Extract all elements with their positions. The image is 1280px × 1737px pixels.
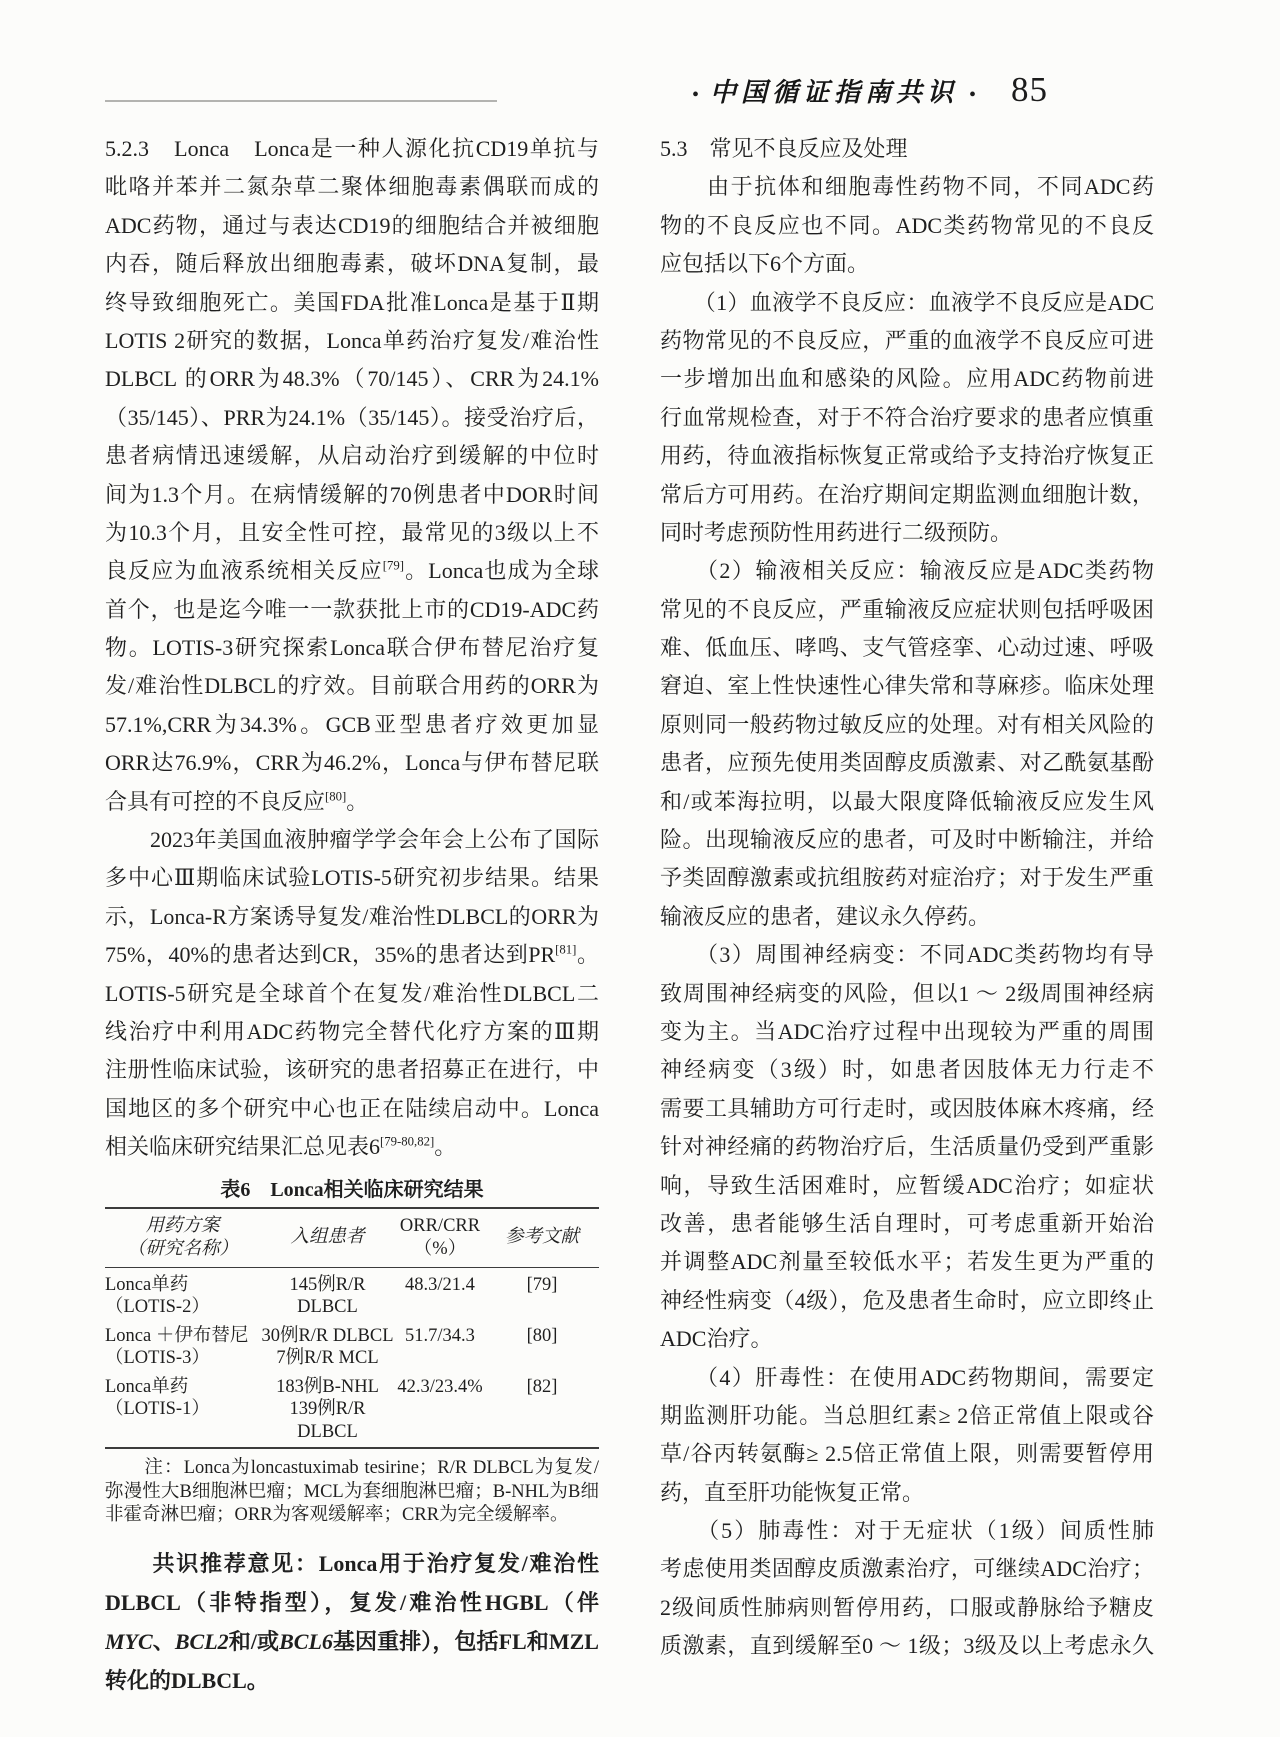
text-line: 吡咯并苯并二氮杂草二聚体细胞毒素偶联而成的 (105, 168, 599, 206)
text-line: （1）血液学不良反应：血液学不良反应是ADC (660, 284, 1154, 322)
text-line: 同时考虑预防性用药进行二级预防。 (660, 514, 1154, 552)
text-line: 为10.3个月，且安全性可控，最常见的3级以上不 (105, 514, 599, 552)
table-note: 注：Lonca为loncastuximab tesirine；R/R DLBCL… (105, 1457, 599, 1528)
text-line: 予类固醇激素或抗组胺药对症治疗；对于发生严重 (660, 859, 1154, 897)
page-header: • 中国循证指南共识 • 85 (640, 70, 1048, 116)
text-line: 物。LOTIS-3研究探索Lonca联合伊布替尼治疗复 (105, 629, 599, 667)
text-line: 神经性病变（4级），危及患者生命时，应立即终止 (660, 1282, 1154, 1320)
table-cell: 145例R/R DLBCL (260, 1274, 395, 1319)
text-line: 线治疗中利用ADC药物完全替代化疗方案的Ⅲ期 (105, 1013, 599, 1051)
text-line: ORR达76.9%，CRR为46.2%，Lonca与伊布替尼联 (105, 744, 599, 782)
text-line: 用药，待血液指标恢复正常或给予支持治疗恢复正 (660, 437, 1154, 475)
page: • 中国循证指南共识 • 85 5.2.3 Lonca Lonca是一种人源化抗… (0, 0, 1280, 1737)
consensus-recommendation: 共识推荐意见：Lonca用于治疗复发/难治性DLBCL（非特指型），复发/难治性… (105, 1544, 599, 1700)
text-line: 合具有可控的不良反应[80]。 (105, 783, 599, 821)
page-number: 85 (1011, 70, 1048, 110)
table-row: Lonca ＋伊布替尼 （LOTIS-3） 30例R/R DLBCL 7例R/R… (105, 1319, 599, 1370)
table-body: Lonca单药 （LOTIS-2） 145例R/R DLBCL 48.3/21.… (105, 1268, 599, 1450)
table-header-cell: 参考文献 (485, 1226, 599, 1249)
text-line: 原则同一般药物过敏反应的处理。对有相关风险的 (660, 706, 1154, 744)
text-line: 药物常见的不良反应，严重的血液学不良反应可进 (660, 322, 1154, 360)
table-header-cell: 入组患者 (260, 1226, 395, 1249)
table-row: Lonca单药 （LOTIS-2） 145例R/R DLBCL 48.3/21.… (105, 1268, 599, 1319)
text-line: （5）肺毒性：对于无症状（1级）间质性肺病， (660, 1512, 1154, 1550)
text-line: 常见的不良反应，严重输液反应症状则包括呼吸困 (660, 591, 1154, 629)
text-line: 物的不良反应也不同。ADC类药物常见的不良反 (660, 207, 1154, 245)
text-line: 终导致细胞死亡。美国FDA批准Lonca是基于Ⅱ期 (105, 284, 599, 322)
text-line: 内吞，随后释放出细胞毒素，破坏DNA复制，最 (105, 245, 599, 283)
text-line: DLBCL 的ORR为48.3%（70/145）、CRR为24.1% (105, 360, 599, 398)
text-line: 共识推荐意见：Lonca用于治疗复发/难治性 (105, 1544, 599, 1583)
text-line: 针对神经痛的药物治疗后，生活质量仍受到严重影 (660, 1128, 1154, 1166)
text-line: 难、低血压、哮鸣、支气管痉挛、心动过速、呼吸 (660, 629, 1154, 667)
text-line: 一步增加出血和感染的风险。应用ADC药物前进 (660, 360, 1154, 398)
text-line: 草/谷丙转氨酶≥ 2.5倍正常值上限，则需要暂停用 (660, 1435, 1154, 1473)
text-line: ADC药物，通过与表达CD19的细胞结合并被细胞 (105, 207, 599, 245)
text-line: 相关临床研究结果汇总见表6[79-80,82]。 (105, 1128, 599, 1166)
text-line: 考虑使用类固醇皮质激素治疗，可继续ADC治疗； (660, 1550, 1154, 1588)
text-line: 转化的DLBCL。 (105, 1661, 599, 1700)
text-line: 5.2.3 Lonca Lonca是一种人源化抗CD19单抗与 (105, 130, 599, 168)
left-column: 5.2.3 Lonca Lonca是一种人源化抗CD19单抗与吡咯并苯并二氮杂草… (105, 130, 599, 1700)
table-cell: 51.7/34.3 (395, 1325, 485, 1348)
table-cell: Lonca单药 （LOTIS-1） (105, 1376, 260, 1421)
text-line: 致周围神经病变的风险，但以1 ～ 2级周围神经病 (660, 975, 1154, 1013)
text-line: 患者病情迅速缓解，从启动治疗到缓解的中位时 (105, 437, 599, 475)
table-cell: Lonca ＋伊布替尼 （LOTIS-3） (105, 1325, 260, 1370)
text-line: （3）周围神经病变：不同ADC类药物均有导 (660, 936, 1154, 974)
text-line: 响，导致生活困难时，应暂缓ADC治疗；如症状 (660, 1167, 1154, 1205)
text-line: 需要工具辅助方可行走时，或因肢体麻木疼痛，经 (660, 1090, 1154, 1128)
right-column: 5.3 常见不良反应及处理 由于抗体和细胞毒性药物不同，不同ADC药物的不良反应… (660, 130, 1154, 1666)
text-line: 变为主。当ADC治疗过程中出现较为严重的周围 (660, 1013, 1154, 1051)
text-line: 神经病变（3级）时，如患者因肢体无力行走不稳， (660, 1051, 1154, 1089)
text-line: MYC、BCL2和/或BCL6基因重排），包括FL和MZL (105, 1622, 599, 1661)
right-column-text: 5.3 常见不良反应及处理 由于抗体和细胞毒性药物不同，不同ADC药物的不良反应… (660, 130, 1154, 1666)
text-line: 弥漫性大B细胞淋巴瘤；MCL为套细胞淋巴瘤；B-NHL为B细胞 (105, 1481, 599, 1505)
text-line: 注册性临床试验，该研究的患者招募正在进行，中 (105, 1051, 599, 1089)
text-line: （2）输液相关反应：输液反应是ADC类药物 (660, 552, 1154, 590)
table-cell: [82] (485, 1376, 599, 1399)
text-line: ADC治疗。 (660, 1320, 1154, 1358)
text-line: 示，Lonca-R方案诱导复发/难治性DLBCL的ORR为 (105, 898, 599, 936)
text-line: 常后方可用药。在治疗期间定期监测血细胞计数， (660, 476, 1154, 514)
text-line: 由于抗体和细胞毒性药物不同，不同ADC药 (660, 168, 1154, 206)
header-bullet-icon: • (692, 84, 699, 107)
table-cell: 183例B-NHL 139例R/R DLBCL (260, 1376, 395, 1444)
text-line: 非霍奇淋巴瘤；ORR为客观缓解率；CRR为完全缓解率。 (105, 1504, 599, 1528)
journal-title: 中国循证指南共识 (710, 72, 958, 109)
text-line: 险。出现输液反应的患者，可及时中断输注，并给 (660, 821, 1154, 859)
left-column-text: 5.2.3 Lonca Lonca是一种人源化抗CD19单抗与吡咯并苯并二氮杂草… (105, 130, 599, 1167)
text-line: 并调整ADC剂量至较低水平；若发生更为严重的 (660, 1243, 1154, 1281)
text-line: 应包括以下6个方面。 (660, 245, 1154, 283)
text-line: 5.3 常见不良反应及处理 (660, 130, 1154, 168)
text-line: DLBCL（非特指型），复发/难治性HGBL（伴 (105, 1583, 599, 1622)
text-line: 75%，40%的患者达到CR，35%的患者达到PR[81]。 (105, 936, 599, 974)
table-header-cell: 用药方案 （研究名称） (105, 1215, 260, 1261)
text-line: 间为1.3个月。在病情缓解的70例患者中DOR时间 (105, 476, 599, 514)
text-line: 质激素，直到缓解至0 ～ 1级；3级及以上考虑永久 (660, 1627, 1154, 1665)
table-cell: 48.3/21.4 (395, 1274, 485, 1297)
text-line: 良反应为血液系统相关反应[79]。Lonca也成为全球 (105, 552, 599, 590)
table-row: Lonca单药 （LOTIS-1） 183例B-NHL 139例R/R DLBC… (105, 1370, 599, 1444)
text-line: 2023年美国血液肿瘤学学会年会上公布了国际 (105, 821, 599, 859)
table-header-cell: ORR/CRR（%） (395, 1215, 485, 1261)
text-line: LOTIS-5研究是全球首个在复发/难治性DLBCL二 (105, 975, 599, 1013)
header-bullet-icon: • (969, 84, 976, 107)
text-line: 和/或苯海拉明，以最大限度降低输液反应发生风 (660, 783, 1154, 821)
table-cell: 42.3/23.4% (395, 1376, 485, 1399)
text-line: 行血常规检查，对于不符合治疗要求的患者应慎重 (660, 399, 1154, 437)
text-line: 期监测肝功能。当总胆红素≥ 2倍正常值上限或谷 (660, 1397, 1154, 1435)
header-divider (105, 100, 497, 102)
text-line: （35/145）、PRR为24.1%（35/145）。接受治疗后， (105, 399, 599, 437)
text-line: 注：Lonca为loncastuximab tesirine；R/R DLBCL… (105, 1457, 599, 1481)
text-line: （4）肝毒性：在使用ADC药物期间，需要定 (660, 1359, 1154, 1397)
text-line: 首个，也是迄今唯一一款获批上市的CD19-ADC药 (105, 591, 599, 629)
text-line: 改善，患者能够生活自理时，可考虑重新开始治疗， (660, 1205, 1154, 1243)
text-line: 2级间质性肺病则暂停用药，口服或静脉给予糖皮 (660, 1589, 1154, 1627)
table-header-row: 用药方案 （研究名称） 入组患者 ORR/CRR（%） 参考文献 (105, 1207, 599, 1268)
table-cell: [79] (485, 1274, 599, 1297)
text-line: 药，直至肝功能恢复正常。 (660, 1474, 1154, 1512)
text-line: 患者，应预先使用类固醇皮质激素、对乙酰氨基酚 (660, 744, 1154, 782)
text-line: 多中心Ⅲ期临床试验LOTIS-5研究初步结果。结果显 (105, 859, 599, 897)
text-line: 输液反应的患者，建议永久停药。 (660, 898, 1154, 936)
table-cell: 30例R/R DLBCL 7例R/R MCL (260, 1325, 395, 1370)
text-line: 国地区的多个研究中心也正在陆续启动中。Lonca (105, 1090, 599, 1128)
table-cell: Lonca单药 （LOTIS-2） (105, 1274, 260, 1319)
text-line: 发/难治性DLBCL的疗效。目前联合用药的ORR为 (105, 667, 599, 705)
table-cell: [80] (485, 1325, 599, 1348)
table-title: 表6 Lonca相关临床研究结果 (105, 1173, 599, 1207)
text-line: 窘迫、室上性快速性心律失常和荨麻疹。临床处理 (660, 667, 1154, 705)
text-line: LOTIS 2研究的数据，Lonca单药治疗复发/难治性 (105, 322, 599, 360)
text-line: 57.1%,CRR为34.3%。GCB亚型患者疗效更加显著， (105, 706, 599, 744)
